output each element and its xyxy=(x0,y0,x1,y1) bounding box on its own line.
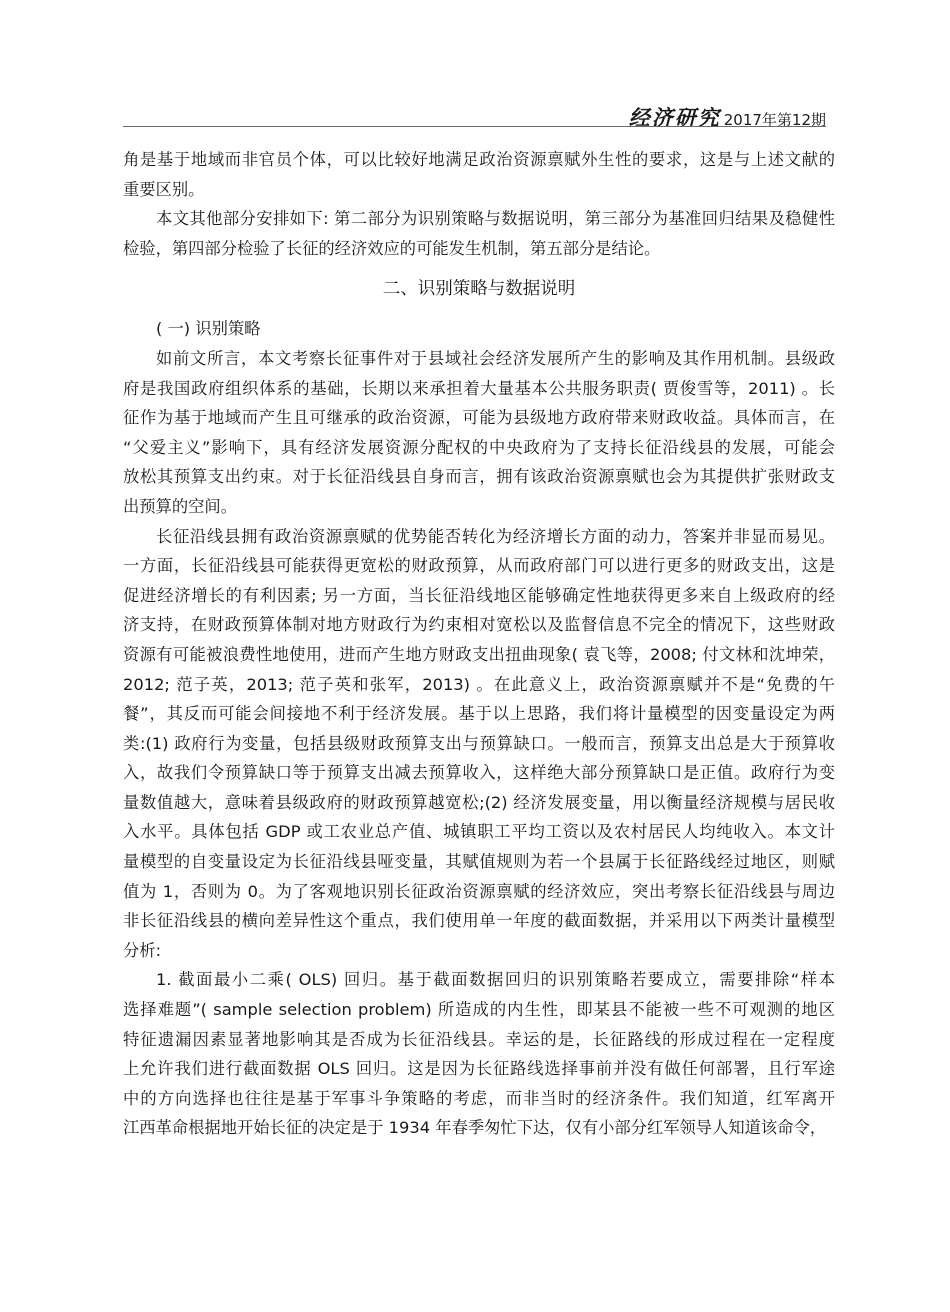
text-line: 2012; 范子英，2013; 范子英和张军，2013) 。在此意义上，政治资源… xyxy=(123,670,835,700)
text-line: 重要区别。 xyxy=(123,175,835,205)
text-line: 类:(1) 政府行为变量，包括县级财政预算支出与预算缺口。一般而言，预算支出总是… xyxy=(123,729,835,759)
intro-paragraphs: 角是基于地域而非官员个体，可以比较好地满足政治资源禀赋外生性的要求，这是与上述文… xyxy=(123,145,835,263)
running-header: 经济研究2017年第12期 xyxy=(123,100,826,126)
paragraph: 长征沿线县拥有政治资源禀赋的优势能否转化为经济增长方面的动力，答案并非显而易见。… xyxy=(123,522,835,966)
text-line: 餐”，其反而可能会间接地不利于经济发展。基于以上思路，我们将计量模型的因变量设定… xyxy=(123,699,835,729)
text-line: 入，故我们令预算缺口等于预算支出减去预算收入，这样绝大部分预算缺口是正值。政府行… xyxy=(123,758,835,788)
subsection-title: ( 一) 识别策略 xyxy=(123,314,835,344)
text-line: 长征沿线县拥有政治资源禀赋的优势能否转化为经济增长方面的动力，答案并非显而易见。 xyxy=(123,522,835,552)
header-rule xyxy=(123,126,826,127)
text-line: 选择难题”( sample selection problem) 所造成的内生性… xyxy=(123,995,835,1025)
text-line: 济支持，在财政预算体制对地方财政行为约束相对宽松以及监督信息不完全的情况下，这些… xyxy=(123,610,835,640)
paragraph: 如前文所言，本文考察长征事件对于县域社会经济发展所产生的影响及其作用机制。县级政… xyxy=(123,344,835,522)
text-line: 征作为基于地域而产生且可继承的政治资源，可能为县级地方政府带来财政收益。具体而言… xyxy=(123,403,835,433)
text-line: 一方面，长征沿线县可能获得更宽松的财政预算，从而政府部门可以进行更多的财政支出，… xyxy=(123,551,835,581)
text-line: 检验，第四部分检验了长征的经济效应的可能发生机制，第五部分是结论。 xyxy=(123,234,835,264)
text-line: 府是我国政府组织体系的基础，长期以来承担着大量基本公共服务职责( 贾俊雪等，20… xyxy=(123,374,835,404)
journal-issue: 经济研究2017年第12期 xyxy=(629,102,826,132)
text-line: 放松其预算支出约束。对于长征沿线县自身而言，拥有该政治资源禀赋也会为其提供扩张财… xyxy=(123,462,835,492)
section-paragraphs: 如前文所言，本文考察长征事件对于县域社会经济发展所产生的影响及其作用机制。县级政… xyxy=(123,344,835,1143)
text-line: 特征遗漏因素显著地影响其是否成为长征沿线县。幸运的是，长征路线的形成过程在一定程… xyxy=(123,1025,835,1055)
text-line: 出预算的空间。 xyxy=(123,492,835,522)
paragraph: 角是基于地域而非官员个体，可以比较好地满足政治资源禀赋外生性的要求，这是与上述文… xyxy=(123,145,835,204)
page-body: 角是基于地域而非官员个体，可以比较好地满足政治资源禀赋外生性的要求，这是与上述文… xyxy=(123,145,835,1143)
text-line: “父爱主义”影响下，具有经济发展资源分配权的中央政府为了支持长征沿线县的发展，可… xyxy=(123,433,835,463)
paragraph: 1. 截面最小二乘( OLS) 回归。基于截面数据回归的识别策略若要成立，需要排… xyxy=(123,965,835,1143)
text-line: 量数值越大，意味着县级政府的财政预算越宽松;(2) 经济发展变量，用以衡量经济规… xyxy=(123,788,835,818)
paragraph: 本文其他部分安排如下: 第二部分为识别策略与数据说明，第三部分为基准回归结果及稳… xyxy=(123,204,835,263)
text-line: 入水平。具体包括 GDP 或工农业总产值、城镇职工平均工资以及农村居民人均纯收入… xyxy=(123,817,835,847)
section-title: 二、识别策略与数据说明 xyxy=(123,269,835,314)
text-line: 角是基于地域而非官员个体，可以比较好地满足政治资源禀赋外生性的要求，这是与上述文… xyxy=(123,145,835,175)
text-line: 江西革命根据地开始长征的决定是于 1934 年春季匆忙下达，仅有小部分红军领导人… xyxy=(123,1113,835,1143)
text-line: 促进经济增长的有利因素; 另一方面，当长征沿线地区能够确定性地获得更多来自上级政… xyxy=(123,581,835,611)
text-line: 上允许我们进行截面数据 OLS 回归。这是因为长征路线选择事前并没有做任何部署，… xyxy=(123,1054,835,1084)
text-line: 分析: xyxy=(123,936,835,966)
text-line: 1. 截面最小二乘( OLS) 回归。基于截面数据回归的识别策略若要成立，需要排… xyxy=(123,965,835,995)
text-line: 中的方向选择也往往是基于军事斗争策略的考虑，而非当时的经济条件。我们知道，红军离… xyxy=(123,1084,835,1114)
text-line: 值为 1，否则为 0。为了客观地识别长征政治资源禀赋的经济效应，突出考察长征沿线… xyxy=(123,877,835,907)
text-line: 非长征沿线县的横向差异性这个重点，我们使用单一年度的截面数据，并采用以下两类计量… xyxy=(123,906,835,936)
text-line: 本文其他部分安排如下: 第二部分为识别策略与数据说明，第三部分为基准回归结果及稳… xyxy=(123,204,835,234)
text-line: 量模型的自变量设定为长征沿线县哑变量，其赋值规则为若一个县属于长征路线经过地区，… xyxy=(123,847,835,877)
text-line: 如前文所言，本文考察长征事件对于县域社会经济发展所产生的影响及其作用机制。县级政 xyxy=(123,344,835,374)
text-line: 资源有可能被浪费性地使用，进而产生地方财政支出扭曲现象( 袁飞等，2008; 付… xyxy=(123,640,835,670)
